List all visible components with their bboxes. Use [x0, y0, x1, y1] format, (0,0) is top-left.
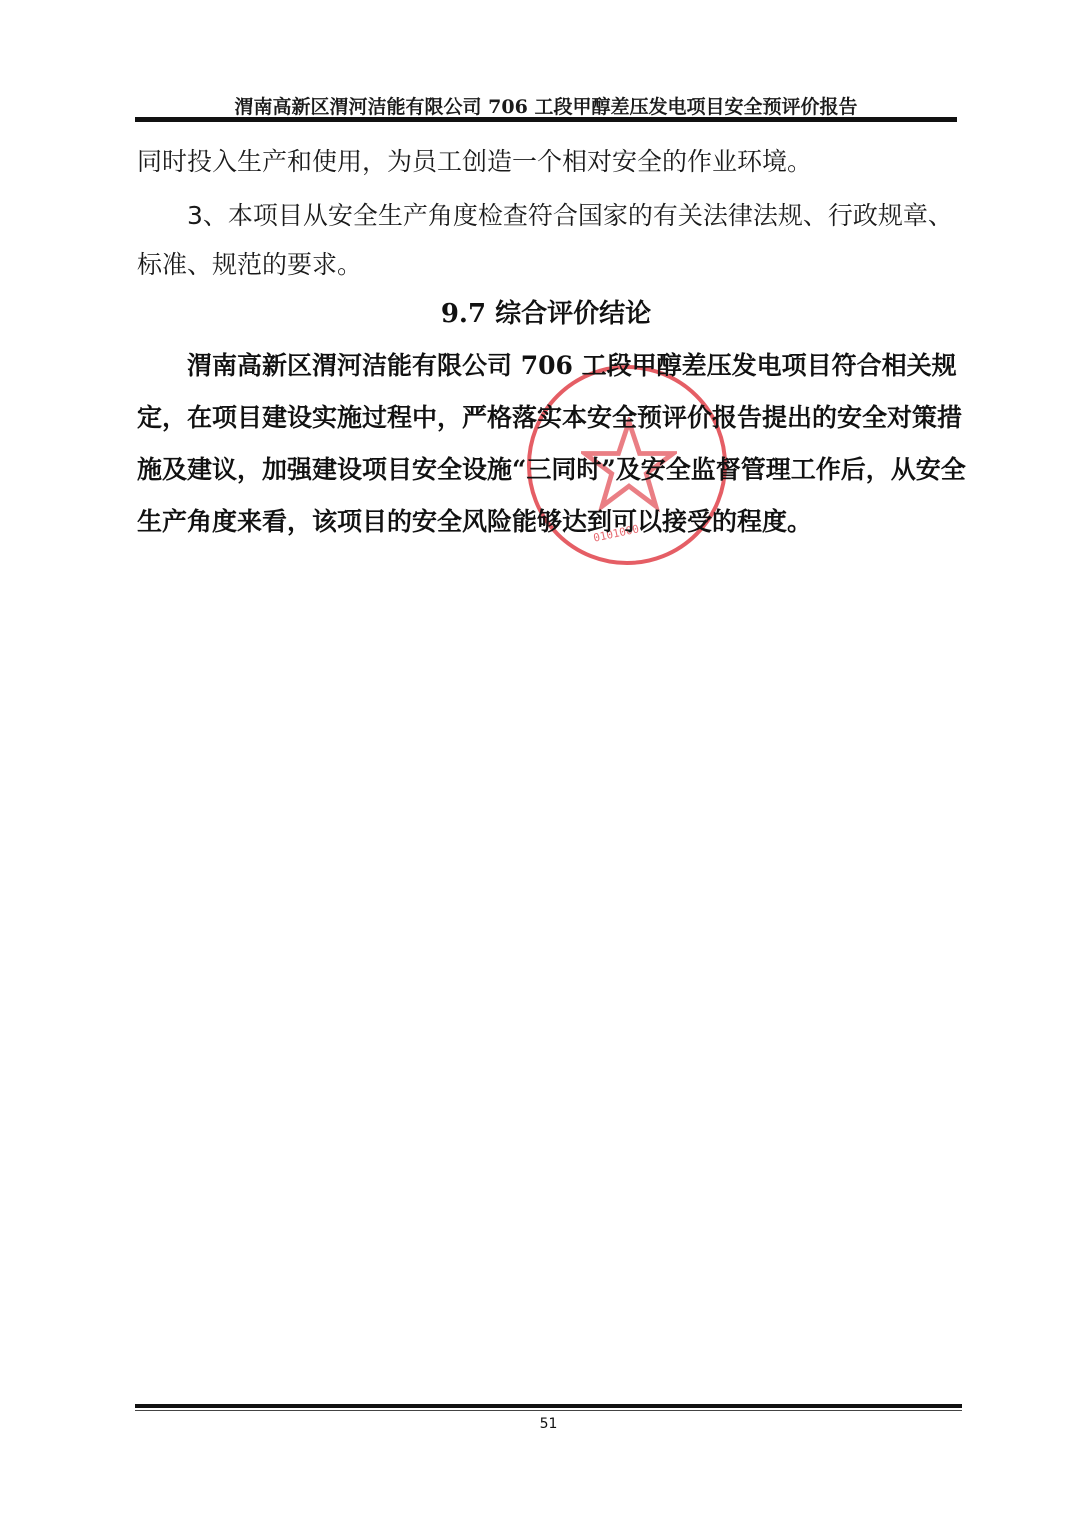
header-rule: [135, 117, 957, 122]
body-line-3: 标准、规范的要求。: [137, 238, 959, 292]
page-header-title: 渭南高新区渭河洁能有限公司 706 工段甲醇差压发电项目安全预评价报告: [135, 92, 957, 119]
conclusion-line-4: 生产角度来看，该项目的安全风险能够达到可以接受的程度。: [137, 496, 959, 548]
body-line-2: 3、本项目从安全生产角度检查符合国家的有关法律法规、行政规章、: [137, 189, 1009, 243]
conclusion-line-3: 施及建议，加强建设项目安全设施“三同时”及安全监督管理工作后，从安全: [137, 444, 959, 496]
body-line-1: 同时投入生产和使用，为员工创造一个相对安全的作业环境。: [137, 135, 959, 189]
footer-rule: [135, 1404, 962, 1408]
conclusion-paragraph: 渭南高新区渭河洁能有限公司 706 工段甲醇差压发电项目符合相关规 定，在项目建…: [137, 340, 959, 548]
conclusion-line-1: 渭南高新区渭河洁能有限公司 706 工段甲醇差压发电项目符合相关规: [137, 340, 959, 392]
conclusion-line-2: 定，在项目建设实施过程中，严格落实本安全预评价报告提出的安全对策措: [137, 392, 959, 444]
section-heading: 9.7 综合评价结论: [135, 293, 957, 330]
footer-rule-thin: [135, 1410, 962, 1411]
page-number: 51: [135, 1416, 962, 1432]
